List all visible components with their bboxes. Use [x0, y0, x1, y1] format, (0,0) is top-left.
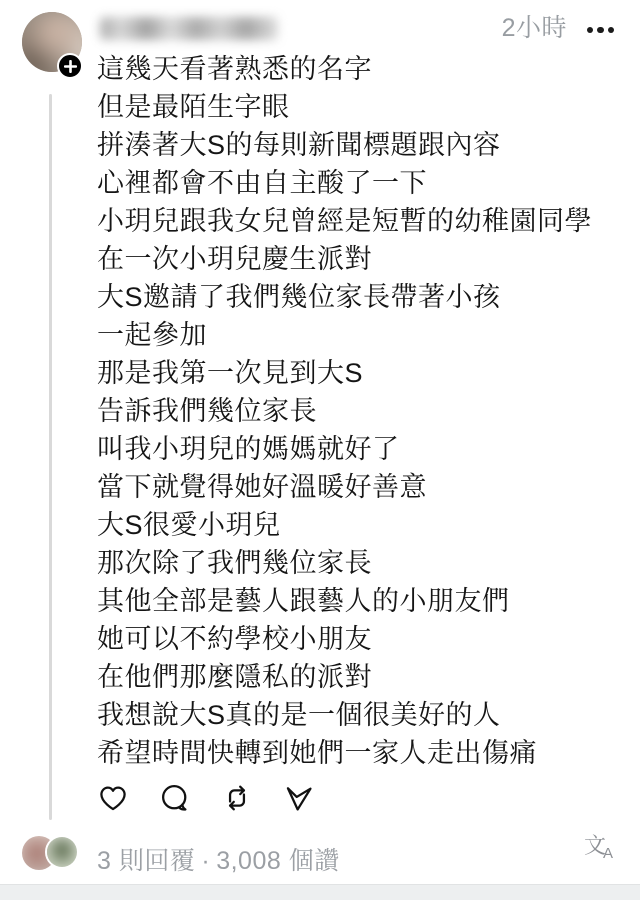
paper-plane-icon: [283, 782, 315, 814]
post-text-line: 心裡都會不由自主酸了一下: [97, 164, 627, 202]
dot: [608, 27, 615, 34]
post-text-line: 希望時間快轉到她們一家人走出傷痛: [97, 734, 627, 772]
timestamp: 2小時: [502, 15, 567, 42]
post-text-line: 當下就覺得她好溫暖好善意: [97, 468, 627, 506]
repliers-avatars[interactable]: [22, 833, 80, 873]
post-text-line: 小玥兒跟我女兒曾經是短暫的幼稚園同學: [97, 202, 627, 240]
dot: [597, 27, 604, 34]
post-text-line: 她可以不約學校小朋友: [97, 620, 627, 658]
follow-plus-button[interactable]: [57, 53, 83, 79]
post-text-line: 拼湊著大S的每則新聞標題跟內容: [97, 126, 627, 164]
repost-arrows-icon: [221, 782, 253, 814]
post-body: 這幾天看著熟悉的名字 但是最陌生字眼 拼湊著大S的每則新聞標題跟內容 心裡都會不…: [97, 50, 627, 772]
post-text-line: 其他全部是藝人跟藝人的小朋友們: [97, 582, 627, 620]
plus-icon: [64, 60, 77, 73]
thread-line: [49, 94, 52, 820]
likes-count: 3,008 個讚: [216, 847, 340, 875]
post-text-line: 在一次小玥兒慶生派對: [97, 240, 627, 278]
repost-button[interactable]: [220, 780, 254, 816]
post-text-line: 那是我第一次見到大S: [97, 354, 627, 392]
post-text-line: 一起參加: [97, 316, 627, 354]
username-blurred[interactable]: [100, 17, 278, 40]
translate-button[interactable]: 文 A: [584, 835, 613, 861]
more-options-button[interactable]: [587, 24, 615, 36]
replies-count: 3 則回覆: [97, 847, 195, 875]
post-text-line: 大S邀請了我們幾位家長帶著小孩: [97, 278, 627, 316]
post-text-line: 這幾天看著熟悉的名字: [97, 50, 627, 88]
post-text-line: 但是最陌生字眼: [97, 88, 627, 126]
action-bar: [96, 780, 316, 816]
post-text-line: 我想說大S真的是一個很美好的人: [97, 696, 627, 734]
post-text-line: 叫我小玥兒的媽媽就好了: [97, 430, 627, 468]
translate-icon-latin: A: [603, 846, 613, 861]
replies-likes-summary[interactable]: 3 則回覆·3,008 個讚: [97, 847, 340, 875]
heart-icon: [97, 782, 129, 814]
thread-post: 2小時 這幾天看著熟悉的名字 但是最陌生字眼 拼湊著大S的每則新聞標題跟內容 心…: [0, 0, 640, 900]
post-text-line: 告訴我們幾位家長: [97, 392, 627, 430]
replier-avatar: [45, 835, 79, 869]
dot: [587, 27, 594, 34]
post-text-line: 在他們那麼隱私的派對: [97, 658, 627, 696]
separator-dot: ·: [201, 847, 210, 875]
like-button[interactable]: [96, 780, 130, 816]
comment-button[interactable]: [158, 780, 192, 816]
speech-bubble-icon: [159, 782, 191, 814]
share-button[interactable]: [282, 780, 316, 816]
post-text-line: 那次除了我們幾位家長: [97, 544, 627, 582]
bottom-divider-strip: [0, 884, 640, 900]
post-text-line: 大S很愛小玥兒: [97, 506, 627, 544]
